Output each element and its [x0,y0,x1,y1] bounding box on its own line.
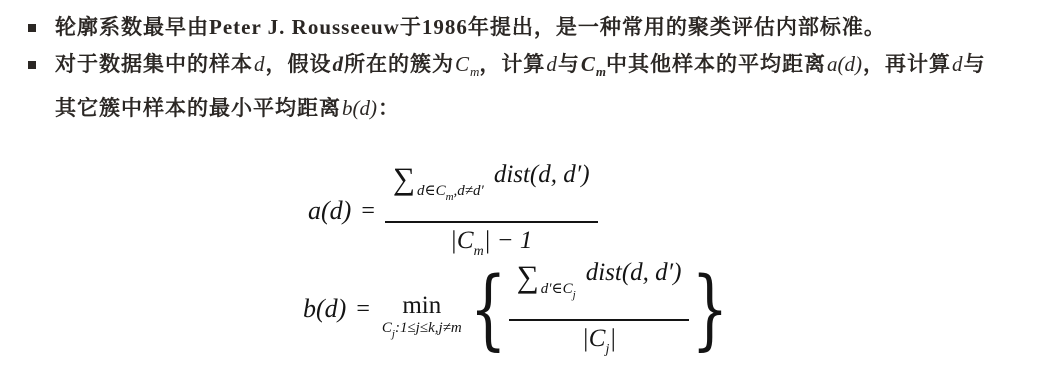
bullet2-text: 所在的簇为 [344,52,454,76]
min-operator-block: min Cj:1≤j≤k,j≠m [382,293,462,343]
min-constraint: Cj:1≤j≤k,j≠m [382,319,462,343]
min-operator: min [402,293,441,319]
math-var-d-bold: d [332,52,345,76]
dist-function: dist(d, d′) [494,161,590,188]
year-value: 1986 [422,15,468,39]
fraction-b: ∑d′∈Cjdist(d, d′) |Cj| [509,252,690,366]
equals-sign: = [361,198,375,225]
bullet1-text: 轮廓系数最早由 [55,15,209,39]
math-var-d: d [545,52,558,76]
bullet2-text: ，再计算 [863,52,951,76]
bullet2-text: 中其他样本的平均距离 [606,52,826,76]
formula-b: b(d) = min Cj:1≤j≤k,j≠m { ∑d′∈Cjdist(d, … [303,252,730,366]
formula-a-lhs: a(d) [308,196,351,226]
math-sub-m: m [596,64,606,79]
slide-canvas: 轮廓系数最早由Peter J. Rousseeuw于1986年提出，是一种常用的… [0,0,1048,367]
math-var-C-bold: C [580,52,596,76]
fraction-b-numerator: ∑d′∈Cjdist(d, d′) [509,252,690,321]
math-var-d: d [951,52,964,76]
math-var-C: C [454,52,470,76]
bullet-item-1: 轮廓系数最早由Peter J. Rousseeuw于1986年提出，是一种常用的… [28,9,1018,46]
bullet-square-icon [28,24,36,32]
bullet-text-2: 对于数据集中的样本d，假设d所在的簇为Cm，计算d与Cm中其他样本的平均距离a(… [55,46,990,127]
dist-function: dist(d, d′) [586,259,682,286]
bullet2-text: ，假设 [266,52,332,76]
author-name: Peter J. Rousseeuw [209,15,400,39]
math-term-a-of-d: a(d) [826,52,863,76]
left-brace: { [470,266,507,353]
formula-b-lhs: b(d) [303,294,346,324]
equals-sign: = [356,296,370,323]
bullet2-text: ： [378,96,400,120]
fraction-a: ∑d∈Cm,d≠d′dist(d, d′) |Cm| − 1 [385,154,598,268]
bullet1-text: 于 [400,15,422,39]
math-term-b-of-d: b(d) [341,96,378,120]
sub-sub-j: j [573,289,576,301]
bullet-square-icon [28,61,36,69]
fraction-a-numerator: ∑d∈Cm,d≠d′dist(d, d′) [385,154,598,223]
sigma-b-subscript: d′∈Cj [541,281,576,297]
sigma-operator: ∑ [393,161,415,196]
bullet1-text: 年提出，是一种常用的聚类评估内部标准。 [468,15,886,39]
sigma-a-subscript: d∈Cm,d≠d′ [417,183,484,199]
bullet2-text: ，计算 [479,52,545,76]
bullet-item-2: 对于数据集中的样本d，假设d所在的簇为Cm，计算d与Cm中其他样本的平均距离a(… [28,46,1018,127]
bullet-list: 轮廓系数最早由Peter J. Rousseeuw于1986年提出，是一种常用的… [28,9,1018,127]
bullet-text-1: 轮廓系数最早由Peter J. Rousseeuw于1986年提出，是一种常用的… [55,9,990,46]
math-sub-m: m [470,64,479,79]
formula-a: a(d) = ∑d∈Cm,d≠d′dist(d, d′) |Cm| − 1 [308,154,598,268]
bullet2-text: 与 [558,52,580,76]
sub-sub-m: m [446,191,454,203]
bullet2-text: 对于数据集中的样本 [55,52,253,76]
math-var-d: d [253,52,266,76]
right-brace: } [691,266,728,353]
sigma-operator: ∑ [517,259,539,294]
fraction-b-denominator: |Cj| [582,321,616,366]
